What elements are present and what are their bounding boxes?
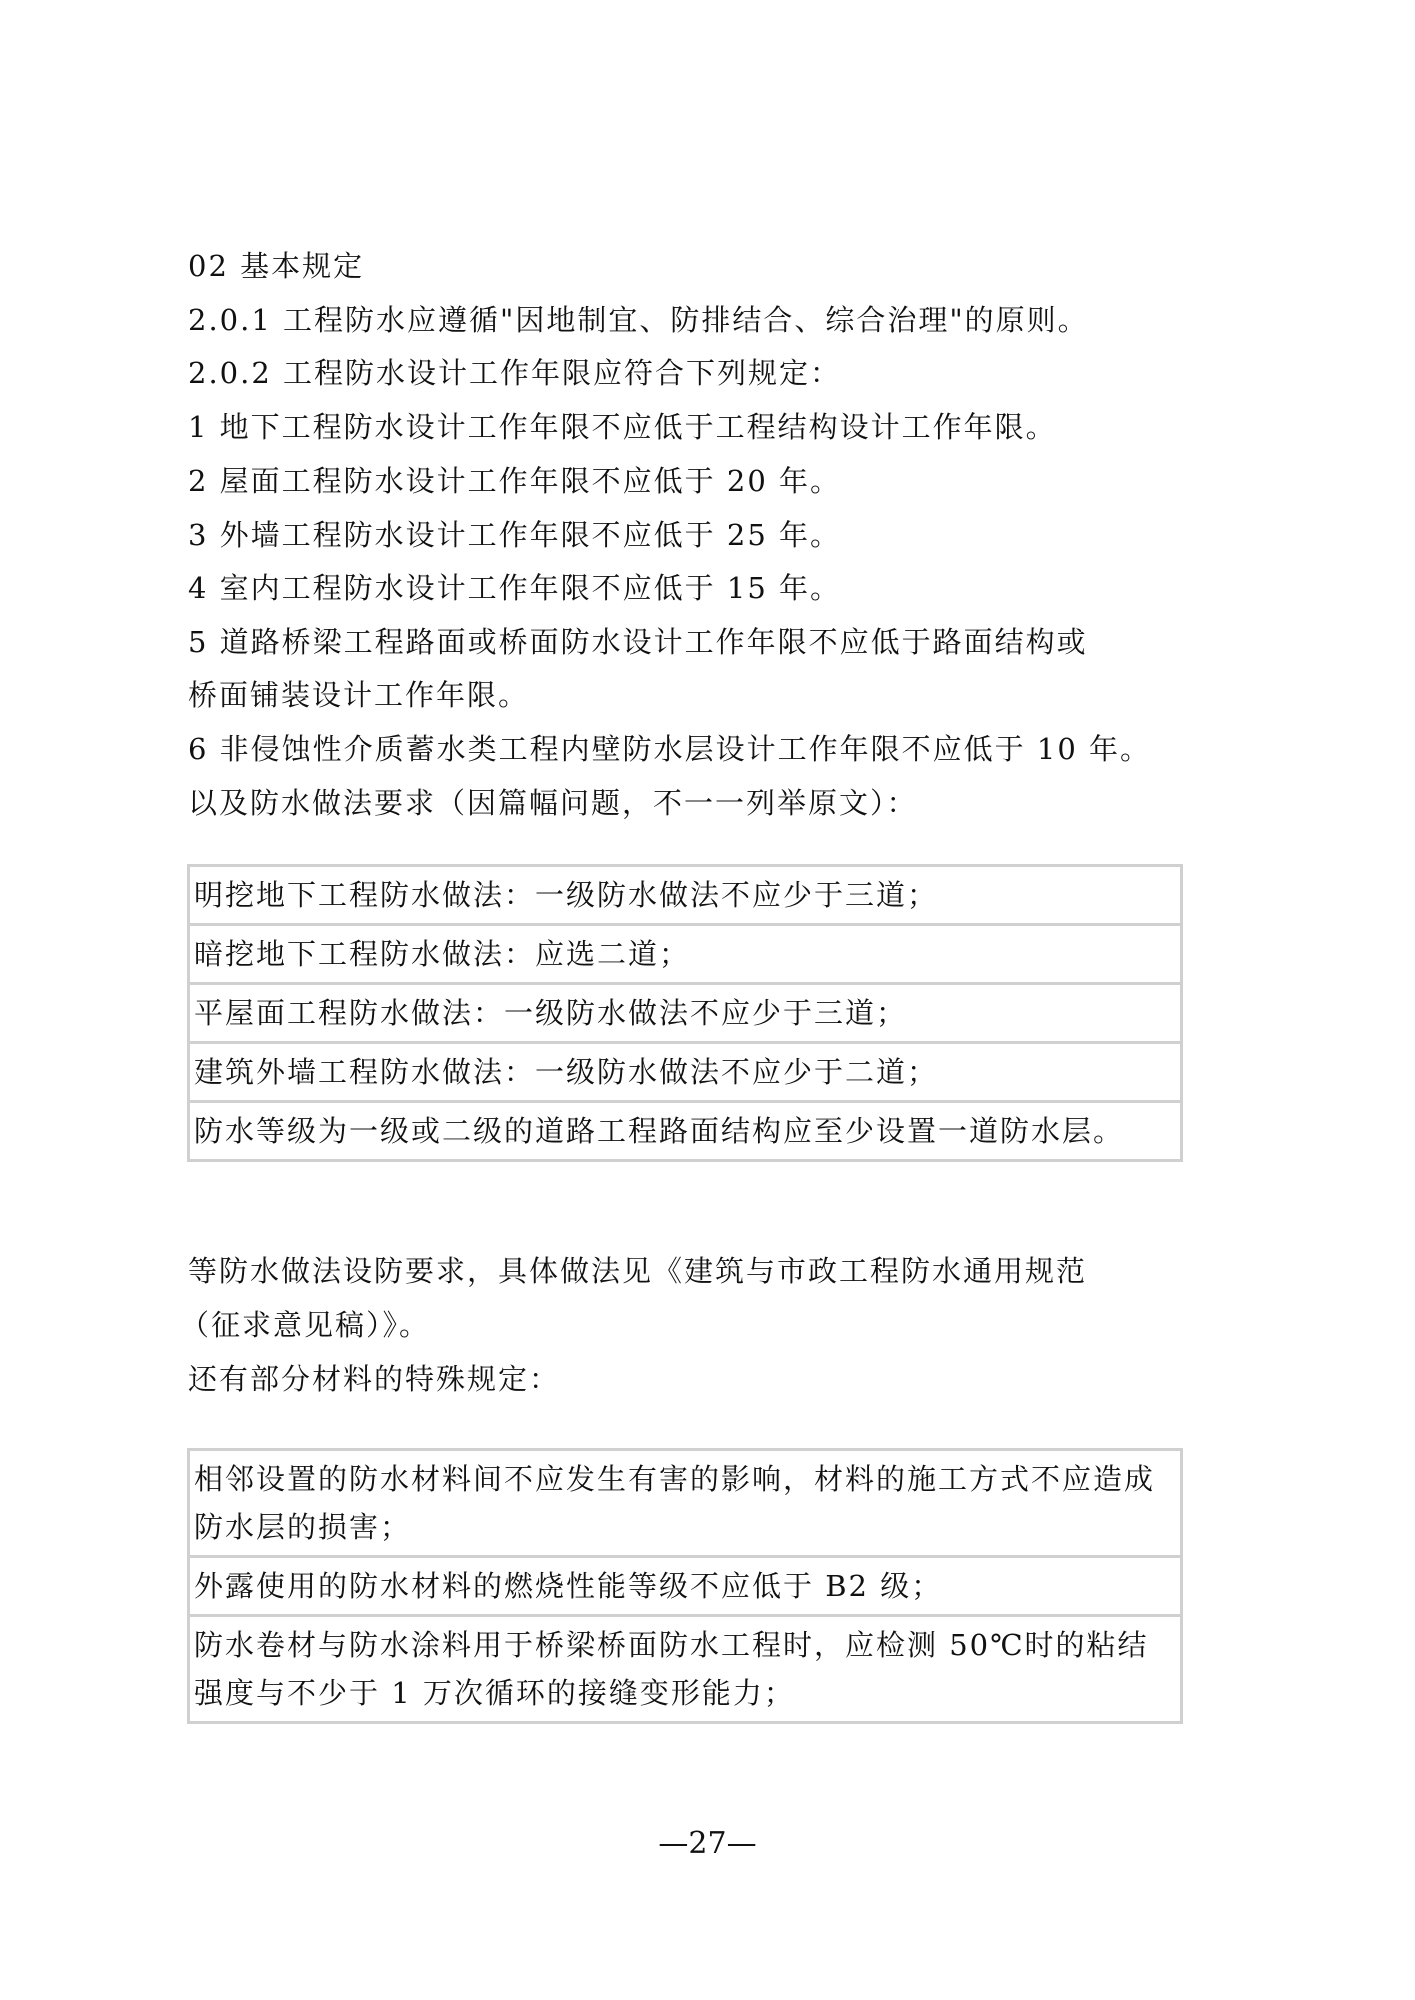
table-cell: 防水等级为一级或二级的道路工程路面结构应至少设置一道防水层。: [189, 1102, 1182, 1161]
list-item: 6 非侵蚀性介质蓄水类工程内壁防水层设计工作年限不应低于 10 年。: [188, 729, 1151, 769]
table-cell: 防水卷材与防水涂料用于桥梁桥面防水工程时，应检测 50℃时的粘结强度与不少于 1…: [189, 1616, 1182, 1723]
page-number: —27—: [0, 1826, 1415, 1862]
table-row: 明挖地下工程防水做法：一级防水做法不应少于三道；: [189, 866, 1182, 925]
table-cell: 暗挖地下工程防水做法：应选二道；: [189, 925, 1182, 984]
list-item: 3 外墙工程防水设计工作年限不应低于 25 年。: [188, 515, 841, 555]
table-cell: 外露使用的防水材料的燃烧性能等级不应低于 B2 级；: [189, 1557, 1182, 1616]
table-row: 外露使用的防水材料的燃烧性能等级不应低于 B2 级；: [189, 1557, 1182, 1616]
material-rules-table: 相邻设置的防水材料间不应发生有害的影响，材料的施工方式不应造成防水层的损害； 外…: [187, 1448, 1183, 1724]
paragraph: 等防水做法设防要求，具体做法见《建筑与市政工程防水通用规范: [188, 1251, 1087, 1291]
paragraph-continuation: （征求意见稿）》。: [180, 1305, 430, 1345]
paragraph: 以及防水做法要求（因篇幅问题，不一一列举原文）：: [188, 783, 918, 823]
document-page: 02 基本规定 2.0.1 工程防水应遵循"因地制宜、防排结合、综合治理"的原则…: [0, 0, 1415, 2000]
table-cell: 明挖地下工程防水做法：一级防水做法不应少于三道；: [189, 866, 1182, 925]
table-cell: 建筑外墙工程防水做法：一级防水做法不应少于二道；: [189, 1043, 1182, 1102]
waterproofing-method-table: 明挖地下工程防水做法：一级防水做法不应少于三道； 暗挖地下工程防水做法：应选二道…: [187, 864, 1183, 1162]
list-item: 5 道路桥梁工程路面或桥面防水设计工作年限不应低于路面结构或: [188, 622, 1088, 662]
list-item: 4 室内工程防水设计工作年限不应低于 15 年。: [188, 568, 841, 608]
paragraph: 还有部分材料的特殊规定：: [188, 1359, 560, 1399]
table-row: 防水卷材与防水涂料用于桥梁桥面防水工程时，应检测 50℃时的粘结强度与不少于 1…: [189, 1616, 1182, 1723]
list-item: 1 地下工程防水设计工作年限不应低于工程结构设计工作年限。: [188, 407, 1057, 447]
paragraph: 2.0.1 工程防水应遵循"因地制宜、防排结合、综合治理"的原则。: [188, 300, 1089, 340]
paragraph: 2.0.2 工程防水设计工作年限应符合下列规定：: [188, 353, 841, 393]
table-row: 相邻设置的防水材料间不应发生有害的影响，材料的施工方式不应造成防水层的损害；: [189, 1450, 1182, 1557]
list-item-continuation: 桥面铺装设计工作年限。: [188, 675, 529, 715]
table-cell: 平屋面工程防水做法：一级防水做法不应少于三道；: [189, 984, 1182, 1043]
table-cell: 相邻设置的防水材料间不应发生有害的影响，材料的施工方式不应造成防水层的损害；: [189, 1450, 1182, 1557]
table-row: 暗挖地下工程防水做法：应选二道；: [189, 925, 1182, 984]
table-row: 平屋面工程防水做法：一级防水做法不应少于三道；: [189, 984, 1182, 1043]
table-row: 防水等级为一级或二级的道路工程路面结构应至少设置一道防水层。: [189, 1102, 1182, 1161]
list-item: 2 屋面工程防水设计工作年限不应低于 20 年。: [188, 461, 841, 501]
table-row: 建筑外墙工程防水做法：一级防水做法不应少于二道；: [189, 1043, 1182, 1102]
section-heading: 02 基本规定: [188, 246, 364, 286]
